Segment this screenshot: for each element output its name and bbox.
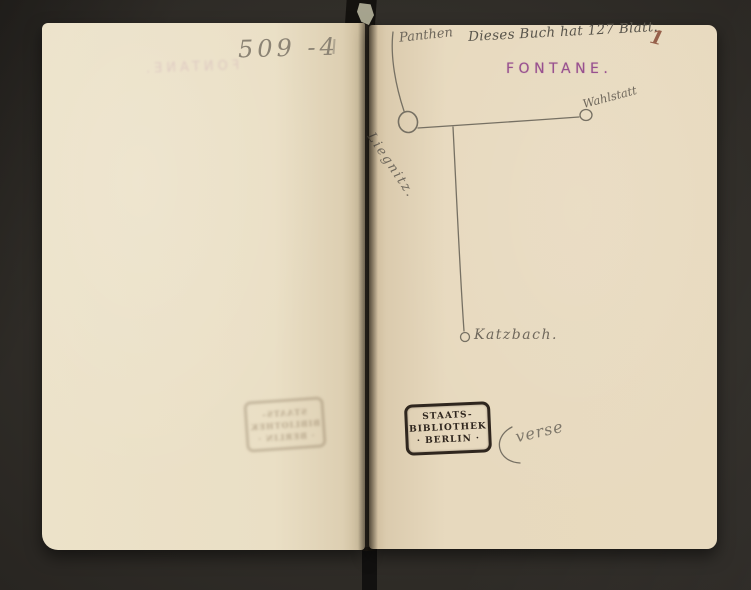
town-marker-liegnitz bbox=[397, 110, 419, 133]
town-marker-wahlstatt bbox=[580, 110, 592, 121]
place-label-katzbach: Katzbach. bbox=[474, 327, 558, 343]
library-stamp-line3: · BERLIN · bbox=[408, 433, 488, 447]
shelfmark-pencil: 509 -4 bbox=[238, 33, 340, 64]
library-stamp: STAATS- BIBLIOTHEK · BERLIN · bbox=[404, 401, 492, 456]
book-scan: 509 -4 FONTANE. STAATS- BIBLIOTHEK · BER… bbox=[0, 0, 751, 590]
road-liegnitz-wahlstatt bbox=[418, 117, 579, 128]
page-gutter-shadow bbox=[358, 22, 378, 551]
left-page: 509 -4 FONTANE. STAATS- BIBLIOTHEK · BER… bbox=[42, 23, 365, 550]
route-sketch-drawing bbox=[369, 25, 717, 549]
right-page: Panthen Dieses Buch hat 127 Blatt. 1 FON… bbox=[369, 25, 717, 549]
book-binding-bottom bbox=[362, 547, 377, 590]
town-marker-katzbach bbox=[461, 333, 470, 342]
road-liegnitz-katzbach bbox=[453, 127, 464, 331]
ghost-owner-stamp-offset: FONTANE. bbox=[142, 58, 240, 76]
ghost-library-stamp-offset: STAATS- BIBLIOTHEK · BERLIN · bbox=[243, 396, 326, 452]
fontane-owner-stamp: FONTANE. bbox=[506, 61, 612, 77]
